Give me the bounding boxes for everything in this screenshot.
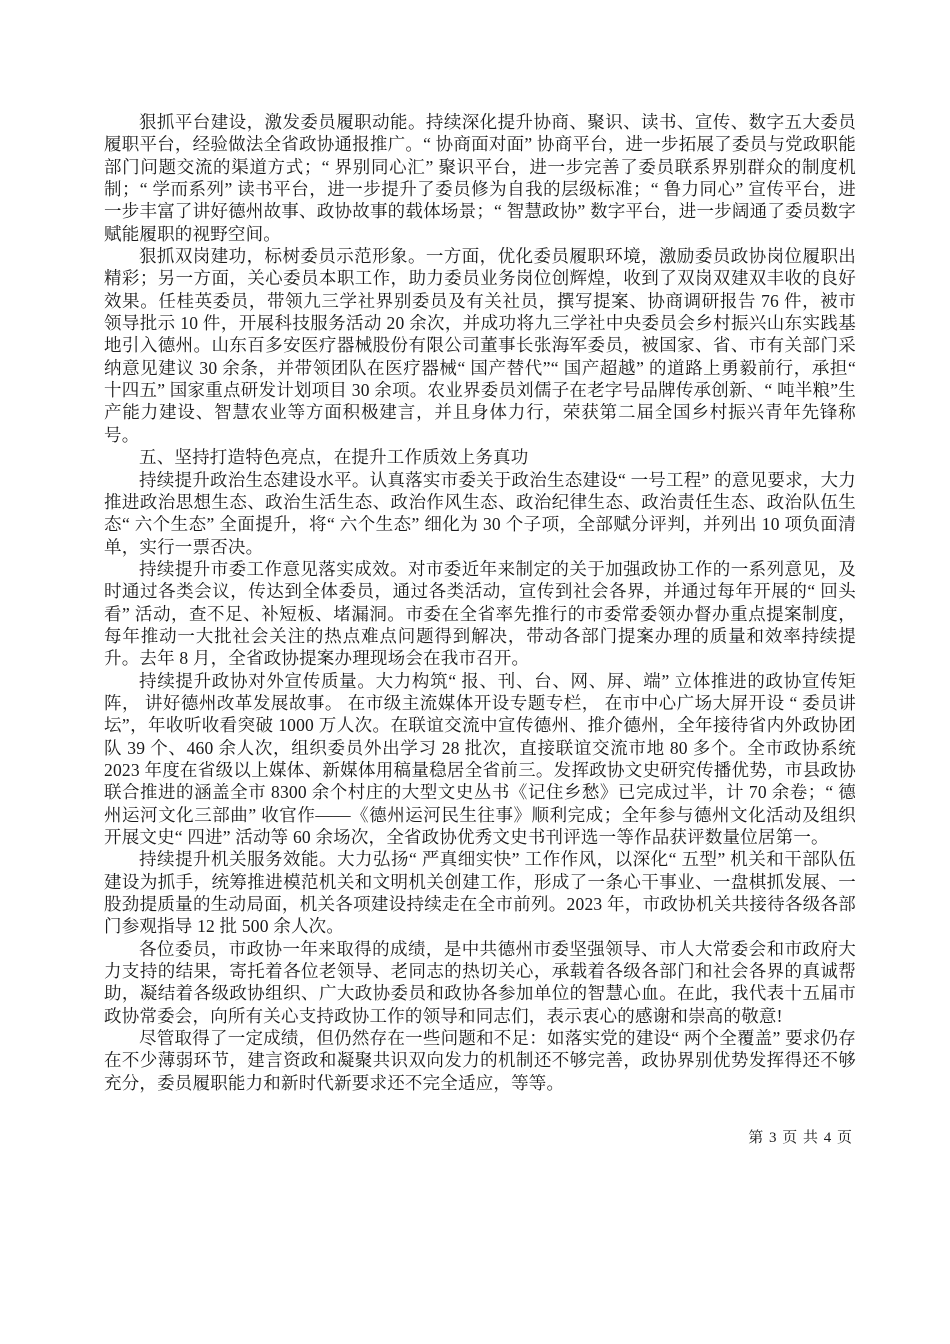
- paragraph-dual-post: 狠抓双岗建功，标树委员示范形象。一方面，优化委员履职环境，激励委员政协岗位履职出…: [104, 245, 856, 446]
- section-heading-five: 五、坚持打造特色亮点，在提升工作质效上务真功: [104, 446, 856, 468]
- document-body: 狠抓平台建设，激发委员履职动能。持续深化提升协商、聚识、读书、宣传、数字五大委员…: [104, 111, 856, 1094]
- paragraph-shortcomings: 尽管取得了一定成绩，但仍然存在一些问题和不足：如落实党的建设“ 两个全覆盖” 要…: [104, 1027, 856, 1094]
- document-page: 狠抓平台建设，激发委员履职动能。持续深化提升协商、聚识、读书、宣传、数字五大委员…: [0, 0, 950, 1344]
- paragraph-committee-opinions: 持续提升市委工作意见落实成效。对市委近年来制定的关于加强政协工作的一系列意见，及…: [104, 558, 856, 670]
- paragraph-office-service: 持续提升机关服务效能。大力弘扬“ 严真细实快” 工作作风，以深化“ 五型” 机关…: [104, 848, 856, 937]
- paragraph-political-ecology: 持续提升政治生态建设水平。认真落实市委关于政治生态建设“ 一号工程” 的意见要求…: [104, 469, 856, 558]
- paragraph-platform-building: 狠抓平台建设，激发委员履职动能。持续深化提升协商、聚识、读书、宣传、数字五大委员…: [104, 111, 856, 245]
- paragraph-acknowledgement: 各位委员，市政协一年来取得的成绩，是中共德州市委坚强领导、市人大常委会和市政府大…: [104, 938, 856, 1027]
- page-number-footer: 第 3 页 共 4 页: [748, 1126, 853, 1147]
- paragraph-publicity-quality: 持续提升政协对外宣传质量。大力构筑“ 报、刊、台、网、屏、端” 立体推进的政协宣…: [104, 670, 856, 849]
